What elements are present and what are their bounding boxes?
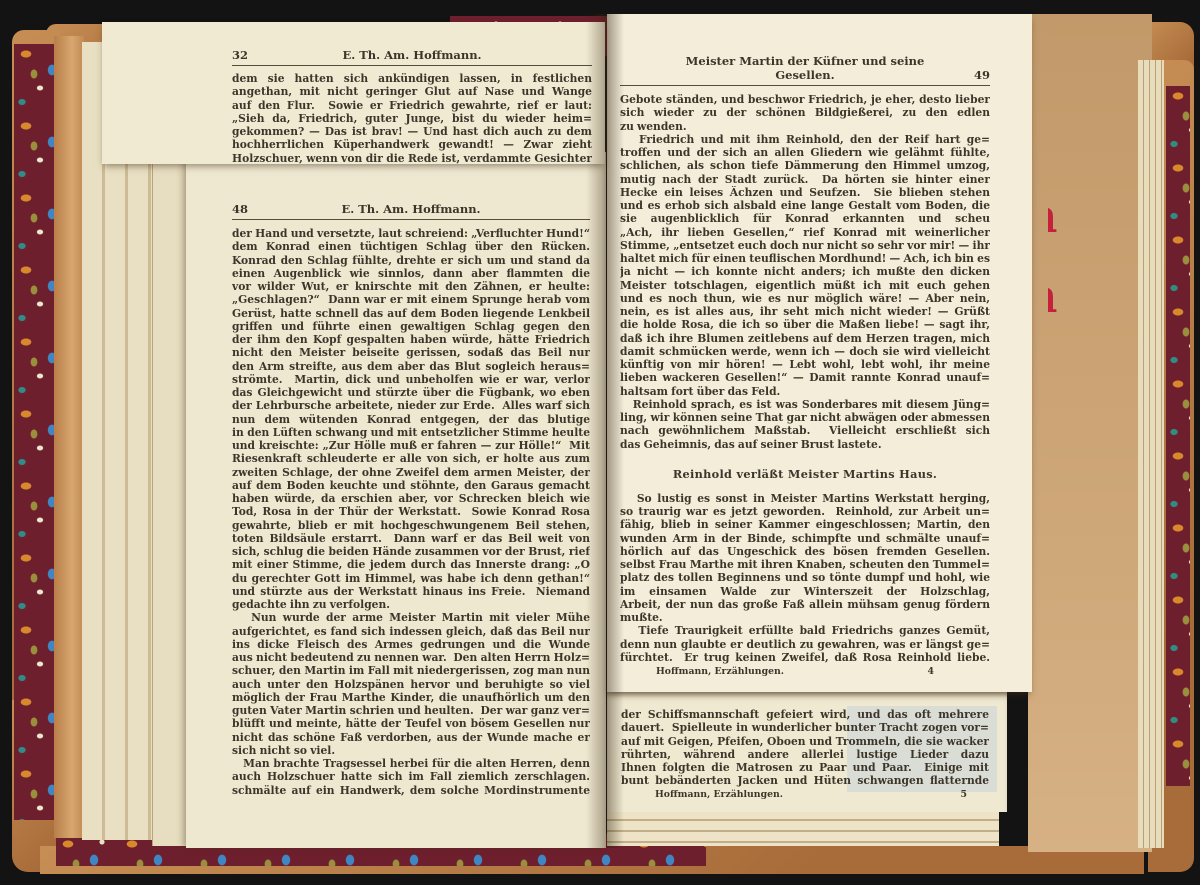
text-line: und stürzte aus der Werkstatt hinaus ins… <box>232 585 590 598</box>
text-line: schlichen, als schon tiefe Dämmerung den… <box>620 159 990 172</box>
page-48-header: 48 E. Th. Am. Hoffmann. <box>232 202 590 216</box>
red-letter: n <box>1048 196 1074 236</box>
text-line: Meister totschlagen, eigentlich müßt ich… <box>620 279 990 292</box>
text-line: Konrad den Schlag fühlte, drehte er sich… <box>232 254 590 267</box>
text-line: auch Holzschuer hatte sich im Fall zieml… <box>232 770 590 783</box>
text-line: griffen und führte einen gewaltigen Schl… <box>232 320 590 333</box>
text-line: mußte. <box>620 611 990 624</box>
text-line: Nun wurde der arme Meister Martin mit vi… <box>232 611 590 624</box>
gutter-shadow <box>586 14 624 848</box>
page-number: 32 <box>232 48 266 62</box>
text-line: haltsam fort über das Feld. <box>620 385 990 398</box>
text-line: selbst Frau Marthe mit ihren Knaben, sch… <box>620 558 990 571</box>
text-line: „Sieh da, Friedrich, guter Junge, bist d… <box>232 112 592 125</box>
text-line: auf den Flur. Sowie er Friedrich gewahrt… <box>232 99 592 112</box>
text-line: nun dem wütenden Konrad entgegen, der da… <box>232 413 590 426</box>
text-line: fürchtet. Er trug keinen Zweifel, daß Ro… <box>620 651 990 664</box>
text-line: blüfft und meinte, hätte der Teufel von … <box>232 717 590 730</box>
text-line: und es erhob sich alsbald eine lange Ges… <box>620 199 990 212</box>
page-32-header: 32 E. Th. Am. Hoffmann. <box>232 48 592 62</box>
marbled-board-left <box>14 44 56 820</box>
text-line: angethan, mit nicht geringer Glut auf Na… <box>232 85 592 98</box>
text-line: und es noch thun, wie es nur möglich wär… <box>620 292 990 305</box>
page-49-header: Meister Martin der Küfner und seine Gese… <box>620 54 990 82</box>
text-line: auf dem Boden keuchte und stöhnte, den G… <box>232 479 590 492</box>
text-line: den Arm streifte, aus dem aber das Blut … <box>232 360 590 373</box>
running-header: E. Th. Am. Hoffmann. <box>266 48 558 62</box>
text-line: sich wieder zu der schönen Bildgießerei,… <box>620 106 990 119</box>
text-line: wunden Arm in der Binde, schimpfte und s… <box>620 532 990 545</box>
text-line: nach gewöhnlichem Maßstab. Vielleicht er… <box>620 424 990 437</box>
page-edge-stack-bottom-right <box>607 810 999 846</box>
footer-imprint: Hoffmann, Erzählungen. <box>655 789 783 800</box>
text-line: der Schiffsmannschaft gefeiert wird, und… <box>621 708 989 721</box>
page-48-text: der Hand und versetzte, laut schreiend: … <box>232 227 590 797</box>
page-49-footer: Hoffmann, Erzählungen. 4 <box>620 666 990 677</box>
text-line: zu wenden. <box>620 120 990 133</box>
text-line: im einsamen Walde zur Winterszeit der Ho… <box>620 585 990 598</box>
header-rule <box>232 65 592 66</box>
text-line: bunt bebänderten Jacken und Hüten schwan… <box>621 774 989 787</box>
text-line: mit einer Stimme, die jedem durch das In… <box>232 558 590 571</box>
text-line: rührten, während andere allerlei lustige… <box>621 748 989 761</box>
text-line: Arbeit, der nun das große Faß allein müh… <box>620 598 990 611</box>
text-line: aus nicht bedeutend zu nennen war. Den a… <box>232 651 590 664</box>
header-rule <box>232 219 590 220</box>
text-line: du gerechter Gott im Himmel, was habe ic… <box>232 572 590 585</box>
text-line: „Geschlagen?“ Dann war er mit einem Spru… <box>232 293 590 306</box>
text-line: fähig, blieb in seiner Kammer eingeschlo… <box>620 518 990 531</box>
footer-imprint: Hoffmann, Erzählungen. <box>656 666 784 677</box>
text-line: der Lehrbursche arbeitete, nieder zur Er… <box>232 399 590 412</box>
text-line: Tiefe Traurigkeit erfüllte bald Friedric… <box>620 624 990 637</box>
text-line: vor wilder Wut, er knirschte mit den Zäh… <box>232 280 590 293</box>
text-line: sie augenblicklich für Konrad erkannten … <box>620 212 990 225</box>
text-line: Gebote ständen, und beschwor Friedrich, … <box>620 93 990 106</box>
text-line: gekommen? — Das ist brav! — Und hast dic… <box>232 125 592 138</box>
text-line: Man brachte Tragsessel herbei für die al… <box>232 757 590 770</box>
red-letter: n <box>1048 276 1076 316</box>
text-line: dem sie hatten sich ankündigen lassen, i… <box>232 72 592 85</box>
text-line: gewahrte, blieb er mit hochgeschwungenem… <box>232 519 590 532</box>
text-line: hörlich auf das Ungeschick des bösen fre… <box>620 545 990 558</box>
signature-number: 5 <box>961 789 967 800</box>
text-line: denn nun glaubte er deutlich zu gewahren… <box>620 638 990 651</box>
text-line: ins dicke Fleisch des Armes gedrungen un… <box>232 638 590 651</box>
section-heading: Reinhold verläßt Meister Martins Haus. <box>620 467 990 481</box>
text-line: sich, schlug die beiden Hände zusammen v… <box>232 545 590 558</box>
page-49-leaf: Meister Martin der Küfner und seine Gese… <box>607 14 1032 692</box>
page-number: 49 <box>956 68 990 82</box>
text-line: dem Konrad einen tüchtigen Schlag über d… <box>232 240 590 253</box>
text-line: und kreischte: „Zur Hölle muß er fahren … <box>232 439 590 452</box>
text-line: der ihm den Kopf gespalten haben würde, … <box>232 333 590 346</box>
text-line: Hecke ein leises Ächzen und Seufzen. Sie… <box>620 186 990 199</box>
text-line: „Ach, ihr lieben Gesellen,“ rief Konrad … <box>620 226 990 239</box>
text-line: in den Lüften schwang und mit entsetzlic… <box>232 426 590 439</box>
page-32-leaf: 32 E. Th. Am. Hoffmann. dem sie hatten s… <box>102 22 605 164</box>
fragment-footer: Hoffmann, Erzählungen. 5 <box>621 789 989 800</box>
running-header: E. Th. Am. Hoffmann. <box>266 202 556 216</box>
marbled-board-right <box>1166 86 1190 786</box>
text-line: Holzschuer, wenn von dir die Rede ist, v… <box>232 152 592 165</box>
fore-edge-red-letter-fragment: n <box>1048 196 1074 242</box>
text-line: dauert. Spielleute in wunderlicher bunte… <box>621 721 989 734</box>
text-line: künftig von mir hören! — Lebt wohl, lebt… <box>620 358 990 371</box>
text-line: Friedrich und mit ihm Reinhold, den der … <box>620 133 990 146</box>
text-line: schmälte auf ein Handwerk, dem solche Mo… <box>232 784 590 797</box>
text-line: So lustig es sonst in Meister Martins We… <box>620 492 990 505</box>
text-line: ling, wir können seine That gar nicht ab… <box>620 411 990 424</box>
text-line: Gerüst, hatte schnell das auf dem Boden … <box>232 307 590 320</box>
text-line: das Gleichgewicht und stürzte über die F… <box>232 386 590 399</box>
text-line: auf mit Geigen, Pfeifen, Oboen und Tromm… <box>621 735 989 748</box>
text-line: haben würde, da erschien aber, vor Schre… <box>232 492 590 505</box>
text-line: guten Vater Martin schrien und heulten. … <box>232 704 590 717</box>
page-49-text-upper: Gebote ständen, und beschwor Friedrich, … <box>620 93 990 451</box>
text-line: Riesenkraft schleuderte er alle von sich… <box>232 452 590 465</box>
header-rule <box>620 85 990 86</box>
text-line: Reinhold sprach, es ist was Sonderbares … <box>620 398 990 411</box>
page-48-leaf: 48 E. Th. Am. Hoffmann. der Hand und ver… <box>186 152 606 848</box>
text-line: möglich der Frau Marthe Kinder, die unau… <box>232 691 590 704</box>
text-line: schuer, den Martin im Fall mit niederger… <box>232 664 590 677</box>
text-line: die holde Rosa, die ich so über die Maße… <box>620 318 990 331</box>
book-photo: n n 48 E. Th. Am. Hoffmann. der Hand und… <box>0 0 1200 885</box>
text-line: der Hand und versetzte, laut schreiend: … <box>232 227 590 240</box>
text-line: sich nicht so viel. <box>232 744 590 757</box>
text-line: so traurig war es jetzt geworden. Reinho… <box>620 505 990 518</box>
page-edge-stack-right <box>1138 60 1164 848</box>
text-line: Ihnen folgten die Matrosen zu Paar und P… <box>621 761 989 774</box>
fore-edge-red-letter-fragment: n <box>1048 276 1076 326</box>
text-line: Tod, Rosa in der Thür der Werkstatt. Sow… <box>232 505 590 518</box>
text-line: daß ich ihre Blumen zeitlebens auf dem H… <box>620 332 990 345</box>
text-line: hochherrlichen Küperhandwerk gewandt! — … <box>232 138 592 151</box>
text-line: strömte. Martin, dick und unbeholfen wie… <box>232 373 590 386</box>
page-edge-tan-left <box>54 36 84 838</box>
text-line: lieben wackeren Gesellen!“ — Damit rannt… <box>620 371 990 384</box>
text-line: nicht den Meister beiseite gerissen, sod… <box>232 346 590 359</box>
running-header: Meister Martin der Küfner und seine Gese… <box>654 54 956 82</box>
text-line: damit schmücken werde, wenn ich — doch s… <box>620 345 990 358</box>
text-line: aufgerichtet, es fand sich indessen glei… <box>232 625 590 638</box>
text-line: haltet mich für einen teuflischen Mordhu… <box>620 252 990 265</box>
text-line: zweiten Schlage, der ohne Zweifel dem ar… <box>232 466 590 479</box>
text-line: einen Augenblick wie sinnlos, dann aber … <box>232 267 590 280</box>
text-line: troffen und der sich an allen Gliedern w… <box>620 146 990 159</box>
underlying-tan-page <box>1028 14 1152 852</box>
text-line: platz des tollen Beginnens und so tönte … <box>620 571 990 584</box>
signature-number: 4 <box>928 666 934 677</box>
text-line: nicht das schöne Faß verdorben, aus der … <box>232 731 590 744</box>
text-line: mutig nach der Stadt zurück. Da hörten s… <box>620 173 990 186</box>
text-line: toten Bildsäule erstarrt. Dann warf er d… <box>232 532 590 545</box>
text-line: nein, es ist alles aus, ihr seht mich ni… <box>620 305 990 318</box>
page-49-text-lower: So lustig es sonst in Meister Martins We… <box>620 492 990 664</box>
fragment-text: der Schiffsmannschaft gefeiert wird, und… <box>621 708 989 788</box>
text-line: ja nicht — ich konnte nicht anders; ich … <box>620 265 990 278</box>
text-line: das Geheimnis, das auf seiner Brust last… <box>620 438 990 451</box>
bottom-fragment-leaf: der Schiffsmannschaft gefeiert wird, und… <box>607 692 1007 812</box>
page-32-text: dem sie hatten sich ankündigen lassen, i… <box>232 72 592 165</box>
text-line: gedachte ihn zu verfolgen. <box>232 598 590 611</box>
text-line: Stimme, „entsetzet euch doch nur nicht s… <box>620 239 990 252</box>
text-line: auch unter den Holzspänen hervor und ber… <box>232 678 590 691</box>
page-number: 48 <box>232 202 266 216</box>
